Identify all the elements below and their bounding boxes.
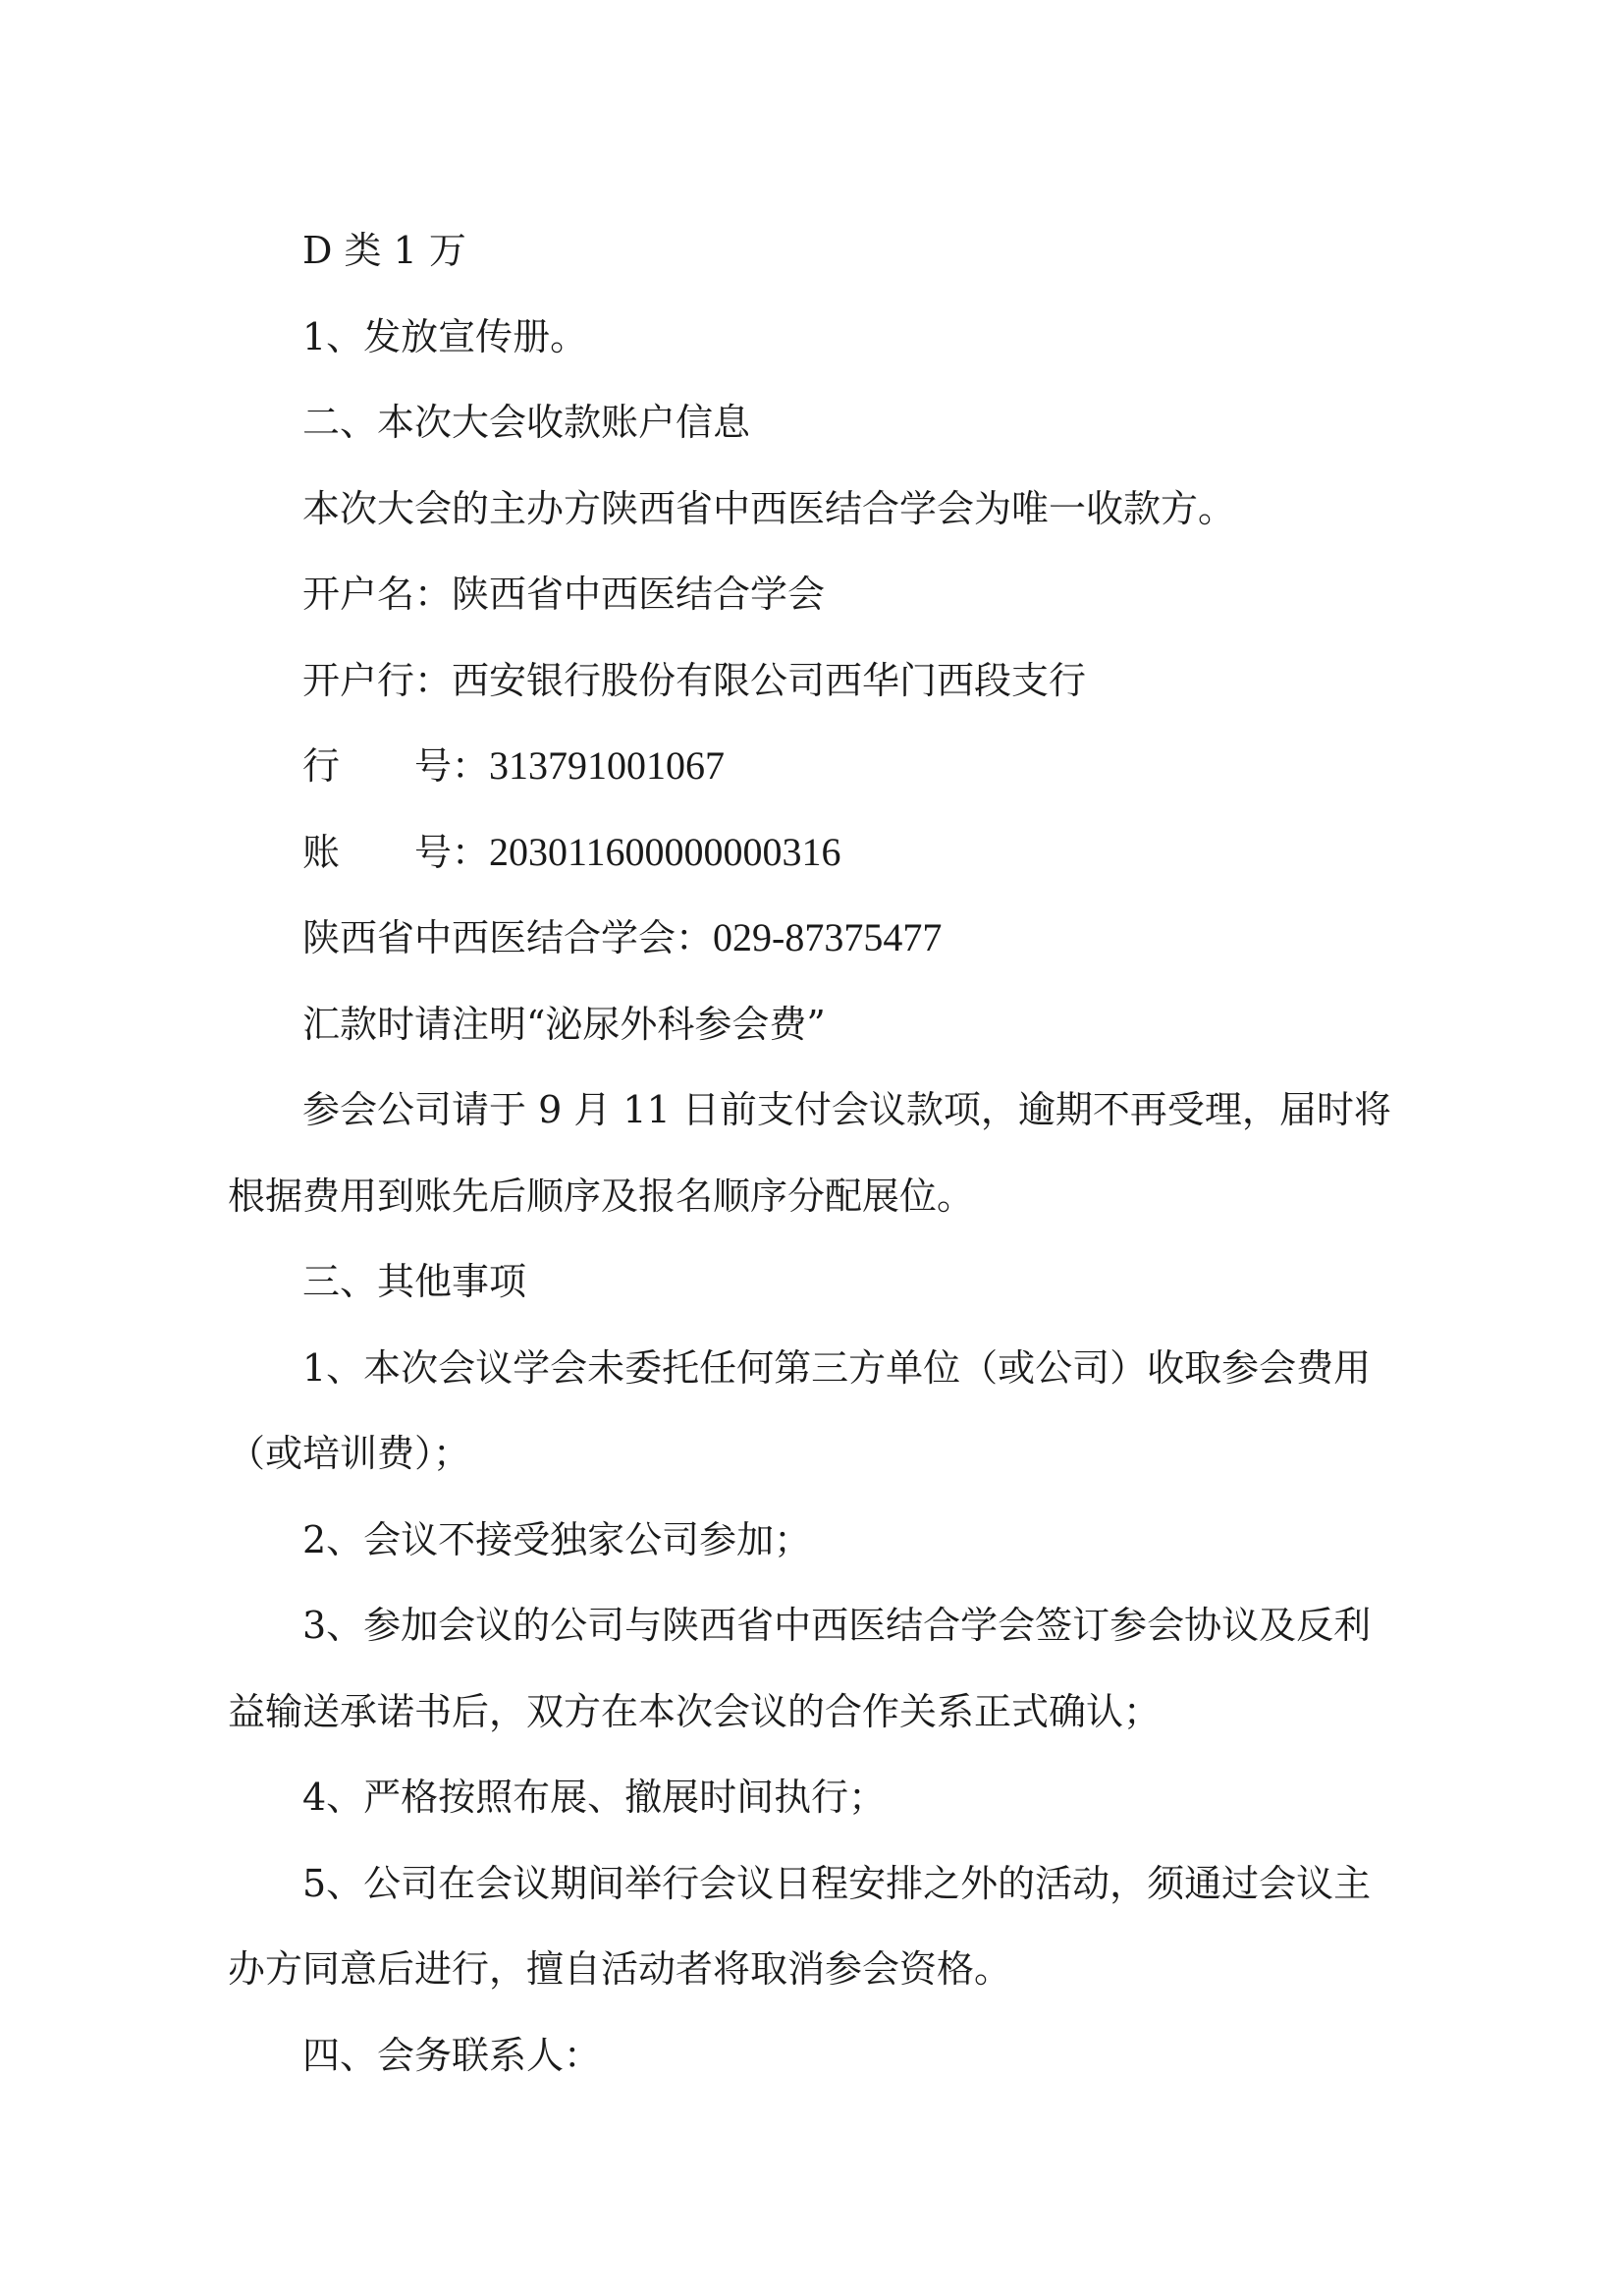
payment-deadline: 参会公司请于 9 月 11 日前支付会议款项，逾期不再受理，届时将: [228, 1083, 1386, 1170]
bank-value: 西安银行股份有限公司西华门西段支行: [452, 659, 1086, 702]
other-item-4: 4、严格按照布展、撤展时间执行；: [228, 1771, 1386, 1857]
other-item-2: 2、会议不接受独家公司参加；: [228, 1513, 1386, 1600]
account-name-row: 开户名：陕西省中西医结合学会: [228, 568, 1386, 654]
bank-code-row: 行号：313791001067: [228, 739, 1386, 826]
bank-row: 开户行：西安银行股份有限公司西华门西段支行: [228, 654, 1386, 740]
other-item-3: 3、参加会议的公司与陕西省中西医结合学会签订参会协议及反利: [228, 1599, 1386, 1685]
other-item-1: 1、本次会议学会未委托任何第三方单位（或公司）收取参会费用: [228, 1341, 1386, 1428]
phone-row: 陕西省中西医结合学会：029-87375477: [228, 911, 1386, 998]
account-number-label-2: 号：: [414, 831, 489, 874]
phone-value: 029-87375477: [713, 915, 942, 959]
document-page: D 类 1 万 1、发放宣传册。 二、本次大会收款账户信息 本次大会的主办方陕西…: [228, 224, 1386, 2114]
account-name-label: 开户名：: [302, 573, 452, 616]
other-item-5-cont: 办方同意后进行，擅自活动者将取消参会资格。: [228, 1942, 1386, 2029]
section-heading-contact: 四、会务联系人：: [228, 2029, 1386, 2115]
other-item-3-cont: 益输送承诺书后，双方在本次会议的合作关系正式确认；: [228, 1685, 1386, 1772]
bank-label: 开户行：: [302, 659, 452, 702]
bank-code-label-1: 行: [302, 744, 340, 788]
section-heading-other: 三、其他事项: [228, 1255, 1386, 1341]
other-item-5: 5、公司在会议期间举行会议日程安排之外的活动，须通过会议主: [228, 1857, 1386, 1943]
account-number-value: 203011600000000316: [489, 830, 841, 874]
bank-code-label-2: 号：: [414, 744, 489, 788]
account-number-label-1: 账: [302, 831, 340, 874]
tier-d-line: D 类 1 万: [228, 224, 1386, 310]
payment-deadline-cont: 根据费用到账先后顺序及报名顺序分配展位。: [228, 1170, 1386, 1256]
payee-statement: 本次大会的主办方陕西省中西医结合学会为唯一收款方。: [228, 482, 1386, 569]
bank-code-value: 313791001067: [489, 743, 725, 788]
phone-label: 陕西省中西医结合学会：: [302, 916, 713, 959]
account-number-row: 账号：203011600000000316: [228, 826, 1386, 912]
other-item-1-cont: （或培训费）；: [228, 1427, 1386, 1513]
account-name-value: 陕西省中西医结合学会: [452, 573, 825, 616]
section-heading-payment: 二、本次大会收款账户信息: [228, 396, 1386, 482]
remittance-note: 汇款时请注明“泌尿外科参会费”: [228, 998, 1386, 1084]
item-brochure: 1、发放宣传册。: [228, 310, 1386, 397]
